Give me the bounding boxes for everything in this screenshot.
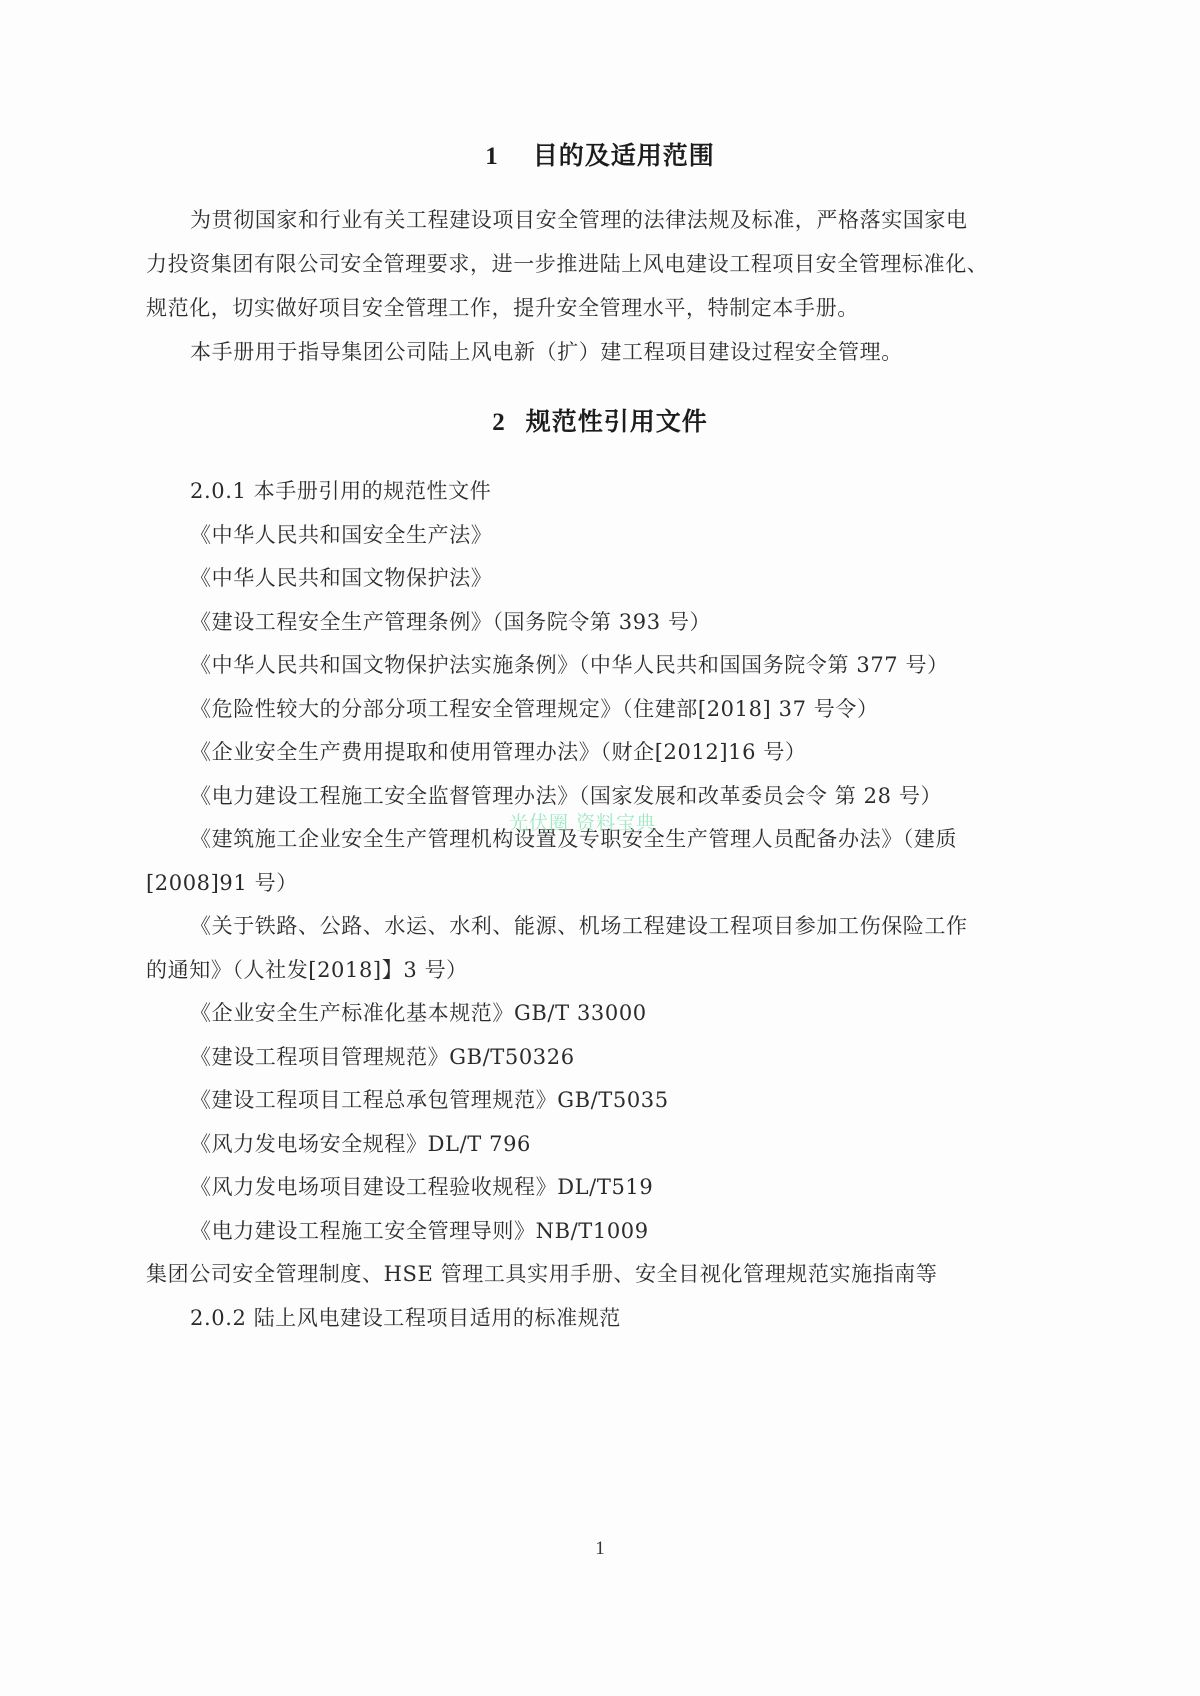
reference-item-continuation: [2008]91 号） (146, 868, 298, 898)
section-2-title: 规范性引用文件 (526, 407, 708, 436)
paragraph-line: 力投资集团有限公司安全管理要求，进一步推进陆上风电建设工程项目安全管理标准化、 (146, 249, 988, 279)
reference-item: 《中华人民共和国安全生产法》 (190, 520, 492, 550)
paragraph-line: 为贯彻国家和行业有关工程建设项目安全管理的法律法规及标准，严格落实国家电 (190, 205, 968, 235)
document-page: 1目的及适用范围 为贯彻国家和行业有关工程建设项目安全管理的法律法规及标准，严格… (0, 0, 1200, 1696)
subsection-heading-2-0-2: 2.0.2 陆上风电建设工程项目适用的标准规范 (190, 1303, 621, 1333)
reference-item: 《中华人民共和国文物保护法实施条例》（中华人民共和国国务院令第 377 号） (190, 650, 949, 680)
reference-item: 《风力发电场项目建设工程验收规程》DL/T519 (190, 1172, 653, 1202)
section-2-number: 2 (492, 409, 506, 436)
paragraph-line: 本手册用于指导集团公司陆上风电新（扩）建工程项目建设过程安全管理。 (190, 337, 903, 367)
reference-item: 《企业安全生产标准化基本规范》GB/T 33000 (190, 998, 647, 1028)
watermark: 光伏圈 资料宝典 (509, 808, 656, 835)
reference-item: 《关于铁路、公路、水运、水利、能源、机场工程建设工程项目参加工伤保险工作 (190, 911, 968, 941)
section-1-number: 1 (485, 143, 499, 170)
reference-item: 《建设工程安全生产管理条例》（国务院令第 393 号） (190, 607, 711, 637)
reference-item-continuation: 的通知》（人社发[2018]】3 号） (146, 955, 468, 985)
reference-item: 《中华人民共和国文物保护法》 (190, 563, 492, 593)
reference-item: 《建设工程项目管理规范》GB/T50326 (190, 1042, 575, 1072)
paragraph-line: 规范化，切实做好项目安全管理工作，提升安全管理水平，特制定本手册。 (146, 293, 859, 323)
reference-item: 《企业安全生产费用提取和使用管理办法》（财企[2012]16 号） (190, 737, 807, 767)
section-1-heading: 1目的及适用范围 (0, 136, 1200, 172)
subsection-heading-2-0-1: 2.0.1 本手册引用的规范性文件 (190, 476, 491, 506)
closing-line: 集团公司安全管理制度、HSE 管理工具实用手册、安全目视化管理规范实施指南等 (146, 1259, 938, 1289)
section-2-heading: 2规范性引用文件 (0, 402, 1200, 438)
section-1-title: 目的及适用范围 (533, 141, 715, 170)
reference-item: 《风力发电场安全规程》DL/T 796 (190, 1129, 531, 1159)
reference-item: 《电力建设工程施工安全管理导则》NB/T1009 (190, 1216, 649, 1246)
reference-item: 《危险性较大的分部分项工程安全管理规定》（住建部[2018] 37 号令） (190, 694, 879, 724)
page-number: 1 (0, 1538, 1200, 1560)
reference-item: 《建设工程项目工程总承包管理规范》GB/T5035 (190, 1085, 669, 1115)
reference-item: 《电力建设工程施工安全监督管理办法》（国家发展和改革委员会令 第 28 号） (190, 781, 942, 811)
